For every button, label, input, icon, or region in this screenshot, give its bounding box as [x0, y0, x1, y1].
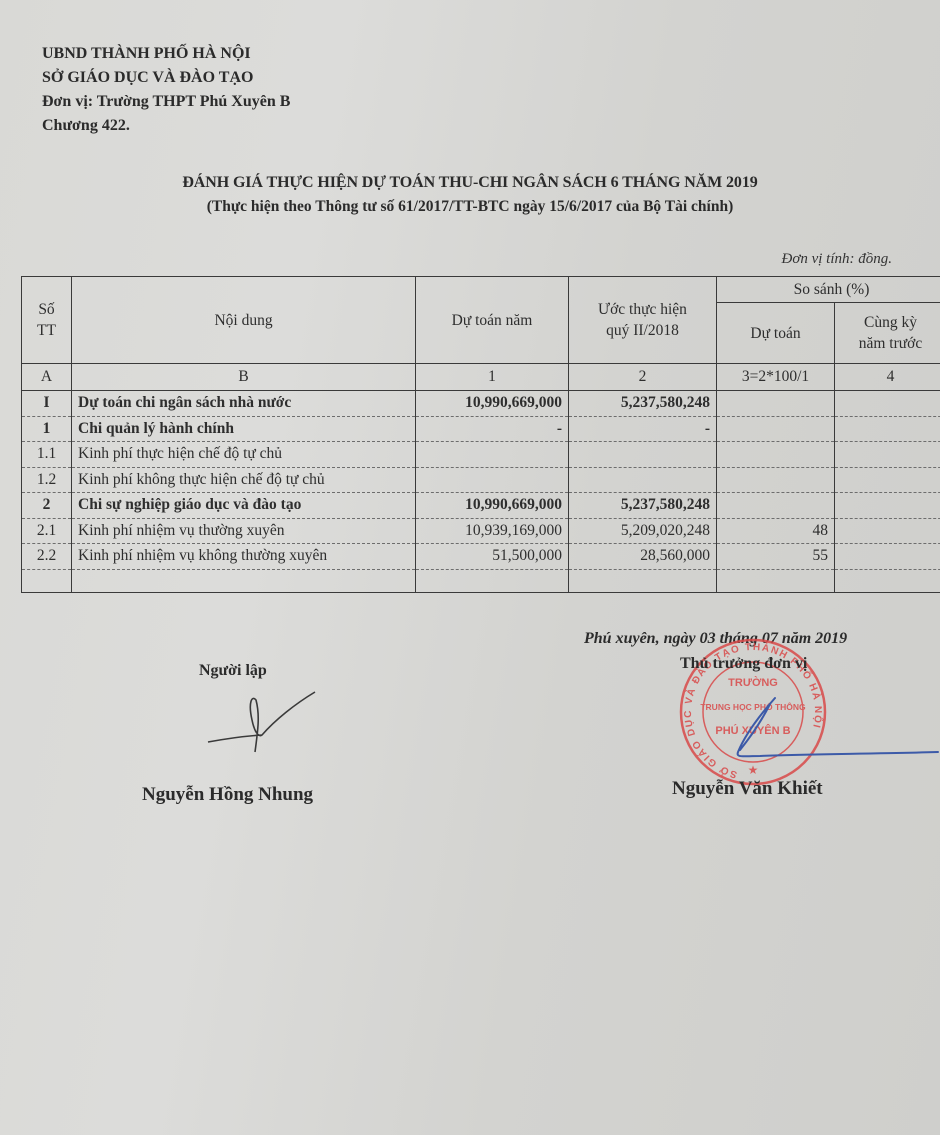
authority-line-department: SỞ GIÁO DỤC VÀ ĐÀO TẠO — [42, 66, 290, 90]
index-cell: 3=2*100/1 — [717, 364, 835, 391]
comparison-same-period-cell — [835, 493, 940, 519]
comparison-estimate-cell — [717, 569, 835, 592]
header-stt: Số TT — [22, 277, 72, 364]
comparison-same-period-cell — [835, 416, 940, 442]
row-number-cell: I — [22, 391, 72, 417]
comparison-same-period-cell — [835, 442, 940, 468]
index-cell: B — [72, 364, 416, 391]
authority-line-city: UBND THÀNH PHỐ HÀ NỘI — [42, 42, 290, 66]
head-of-unit-title: Thủ trưởng đơn vị — [680, 655, 807, 673]
estimated-execution-cell: 28,560,000 — [569, 544, 717, 570]
row-number-cell: 1.1 — [22, 442, 72, 468]
row-number-cell: 1 — [22, 416, 72, 442]
annual-estimate-cell: - — [416, 416, 569, 442]
svg-text:TRƯỜNG: TRƯỜNG — [728, 676, 778, 689]
table-row — [22, 569, 940, 592]
index-cell: A — [22, 364, 72, 391]
table-row: 2Chi sự nghiệp giáo dục và đào tạo10,990… — [22, 493, 940, 519]
row-number-cell: 2 — [22, 493, 72, 519]
comparison-estimate-cell — [717, 442, 835, 468]
header-comparison-same-period: Cùng kỳ năm trước — [835, 303, 940, 364]
header-annual-estimate: Dự toán năm — [416, 277, 569, 364]
comparison-estimate-cell: 48 — [717, 518, 835, 544]
estimated-execution-cell — [569, 467, 717, 493]
comparison-same-period-cell — [835, 569, 940, 592]
row-content-cell: Kinh phí nhiệm vụ thường xuyên — [72, 518, 416, 544]
row-content-cell: Dự toán chi ngân sách nhà nước — [72, 391, 416, 417]
annual-estimate-cell — [416, 467, 569, 493]
table-row: 1.1Kinh phí thực hiện chế độ tự chủ — [22, 442, 940, 468]
comparison-same-period-cell — [835, 391, 940, 417]
comparison-same-period-cell — [835, 467, 940, 493]
row-number-cell — [22, 569, 72, 592]
estimated-execution-cell — [569, 569, 717, 592]
preparer-signature-icon — [200, 690, 320, 760]
preparer-title: Người lập — [199, 662, 267, 680]
table-row: 1Chi quản lý hành chính-- — [22, 416, 940, 442]
estimated-execution-cell: 5,237,580,248 — [569, 391, 717, 417]
header-comparison: So sánh (%) — [717, 277, 940, 303]
authority-line-chapter: Chương 422. — [42, 114, 290, 138]
row-content-cell: Chi sự nghiệp giáo dục và đào tạo — [72, 493, 416, 519]
header-content: Nội dung — [72, 277, 416, 364]
header-comparison-estimate: Dự toán — [717, 303, 835, 364]
header-estimated-execution: Ước thực hiện quý II/2018 — [569, 277, 717, 364]
index-cell: 2 — [569, 364, 717, 391]
annual-estimate-cell: 10,939,169,000 — [416, 518, 569, 544]
preparer-name: Nguyễn Hồng Nhung — [142, 784, 313, 806]
comparison-estimate-cell — [717, 391, 835, 417]
table-row: 2.2Kinh phí nhiệm vụ không thường xuyên5… — [22, 544, 940, 570]
currency-unit-note: Đơn vị tính: đồng. — [782, 251, 893, 268]
estimated-execution-cell: 5,209,020,248 — [569, 518, 717, 544]
authority-line-unit: Đơn vị: Trường THPT Phú Xuyên B — [42, 90, 290, 114]
document-title: ĐÁNH GIÁ THỰC HIỆN DỰ TOÁN THU-CHI NGÂN … — [0, 172, 940, 194]
comparison-estimate-cell: 55 — [717, 544, 835, 570]
table-row: 2.1Kinh phí nhiệm vụ thường xuyên10,939,… — [22, 518, 940, 544]
issuing-authority-header: UBND THÀNH PHỐ HÀ NỘI SỞ GIÁO DỤC VÀ ĐÀO… — [42, 42, 290, 138]
document-subtitle: (Thực hiện theo Thông tư số 61/2017/TT-B… — [0, 196, 940, 218]
comparison-estimate-cell — [717, 416, 835, 442]
annual-estimate-cell: 10,990,669,000 — [416, 391, 569, 417]
table-row: 1.2Kinh phí không thực hiện chế độ tự ch… — [22, 467, 940, 493]
row-content-cell: Kinh phí nhiệm vụ không thường xuyên — [72, 544, 416, 570]
index-cell: 4 — [835, 364, 940, 391]
row-content-cell — [72, 569, 416, 592]
column-index-row: A B 1 2 3=2*100/1 4 — [22, 364, 940, 391]
row-content-cell: Chi quản lý hành chính — [72, 416, 416, 442]
row-number-cell: 1.2 — [22, 467, 72, 493]
annual-estimate-cell: 10,990,669,000 — [416, 493, 569, 519]
annual-estimate-cell: 51,500,000 — [416, 544, 569, 570]
row-number-cell: 2.1 — [22, 518, 72, 544]
comparison-estimate-cell — [717, 467, 835, 493]
estimated-execution-cell: - — [569, 416, 717, 442]
comparison-estimate-cell — [717, 493, 835, 519]
head-signature-icon — [700, 690, 940, 770]
table-row: IDự toán chi ngân sách nhà nước10,990,66… — [22, 391, 940, 417]
estimated-execution-cell: 5,237,580,248 — [569, 493, 717, 519]
row-number-cell: 2.2 — [22, 544, 72, 570]
head-of-unit-name: Nguyễn Văn Khiết — [672, 778, 823, 800]
annual-estimate-cell — [416, 442, 569, 468]
index-cell: 1 — [416, 364, 569, 391]
document-title-block: ĐÁNH GIÁ THỰC HIỆN DỰ TOÁN THU-CHI NGÂN … — [0, 172, 940, 218]
row-content-cell: Kinh phí thực hiện chế độ tự chủ — [72, 442, 416, 468]
comparison-same-period-cell — [835, 544, 940, 570]
estimated-execution-cell — [569, 442, 717, 468]
comparison-same-period-cell — [835, 518, 940, 544]
row-content-cell: Kinh phí không thực hiện chế độ tự chủ — [72, 467, 416, 493]
budget-table: Số TT Nội dung Dự toán năm Ước thực hiện… — [21, 276, 940, 593]
annual-estimate-cell — [416, 569, 569, 592]
